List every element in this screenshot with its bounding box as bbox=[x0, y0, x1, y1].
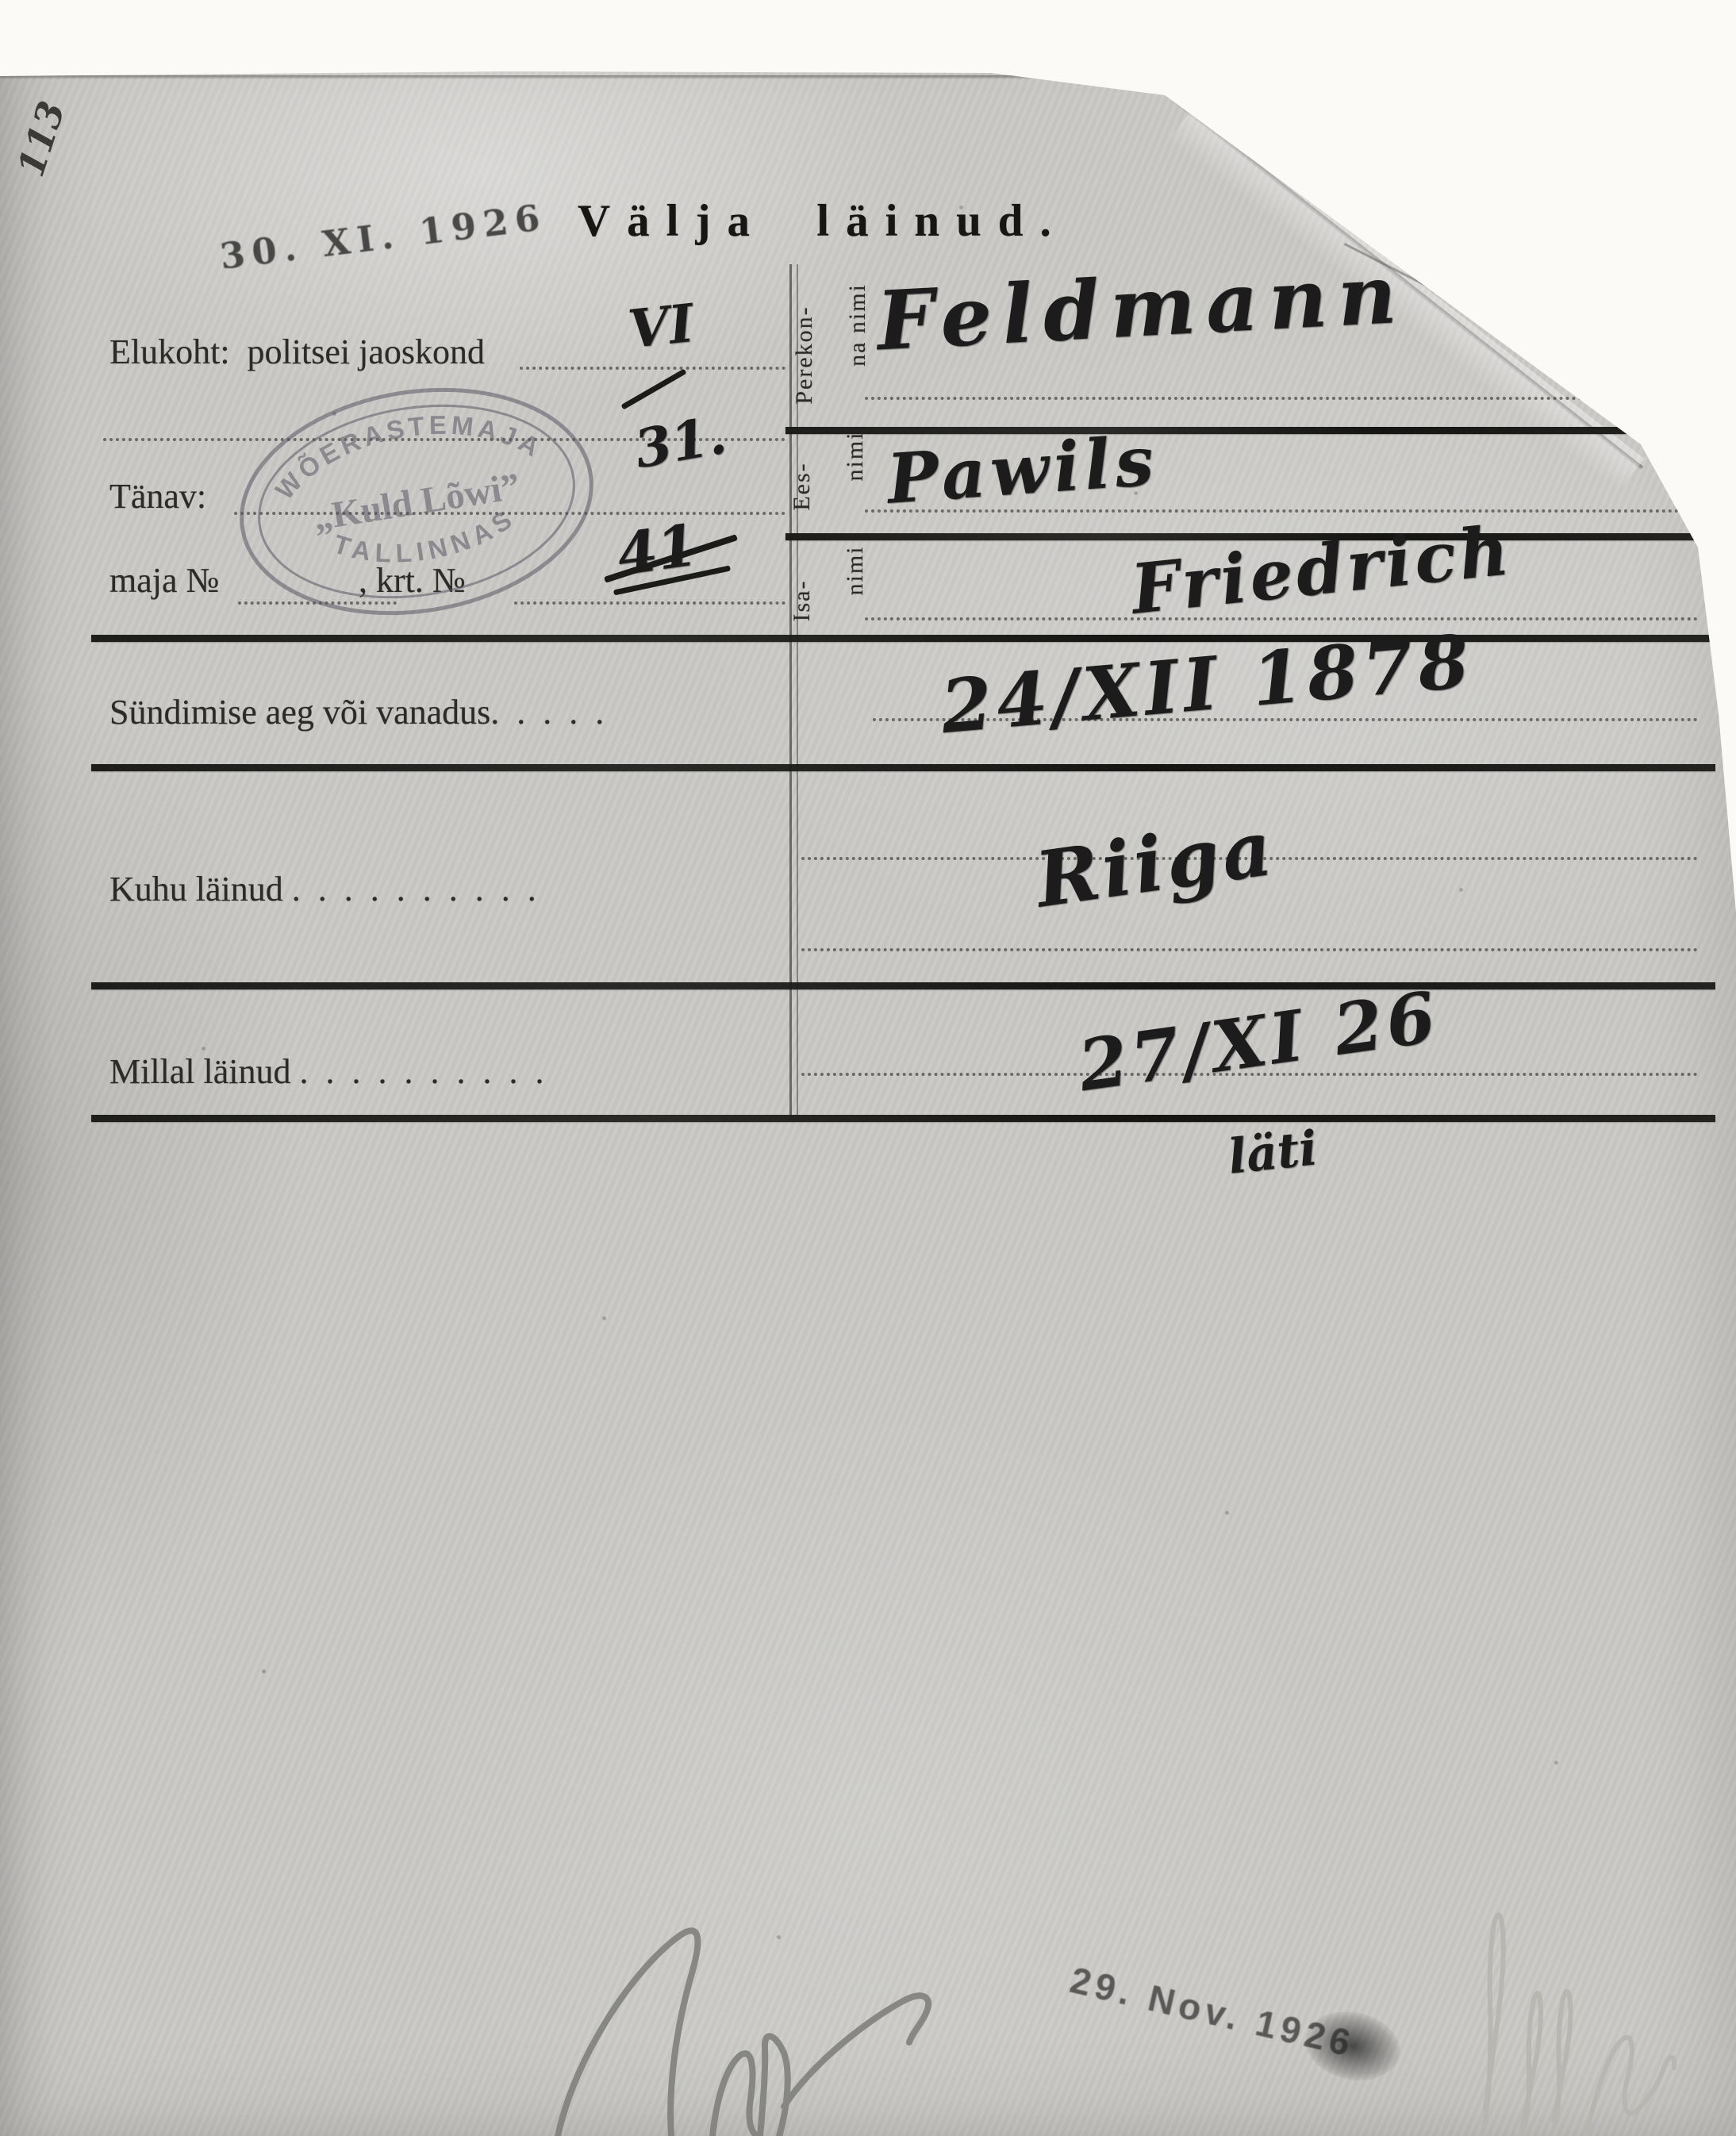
paper-specks bbox=[0, 0, 2, 2]
pencil-signature-right bbox=[1482, 1915, 1674, 2136]
pencil-signatures-layer bbox=[0, 0, 1736, 2136]
pencil-signature-left bbox=[558, 1930, 928, 2136]
scanned-document-page: 113 30. XI. 1926 Välja läinud. Elukoht: … bbox=[0, 0, 1736, 2136]
paper-sheet: 113 30. XI. 1926 Välja läinud. Elukoht: … bbox=[0, 0, 1736, 2136]
